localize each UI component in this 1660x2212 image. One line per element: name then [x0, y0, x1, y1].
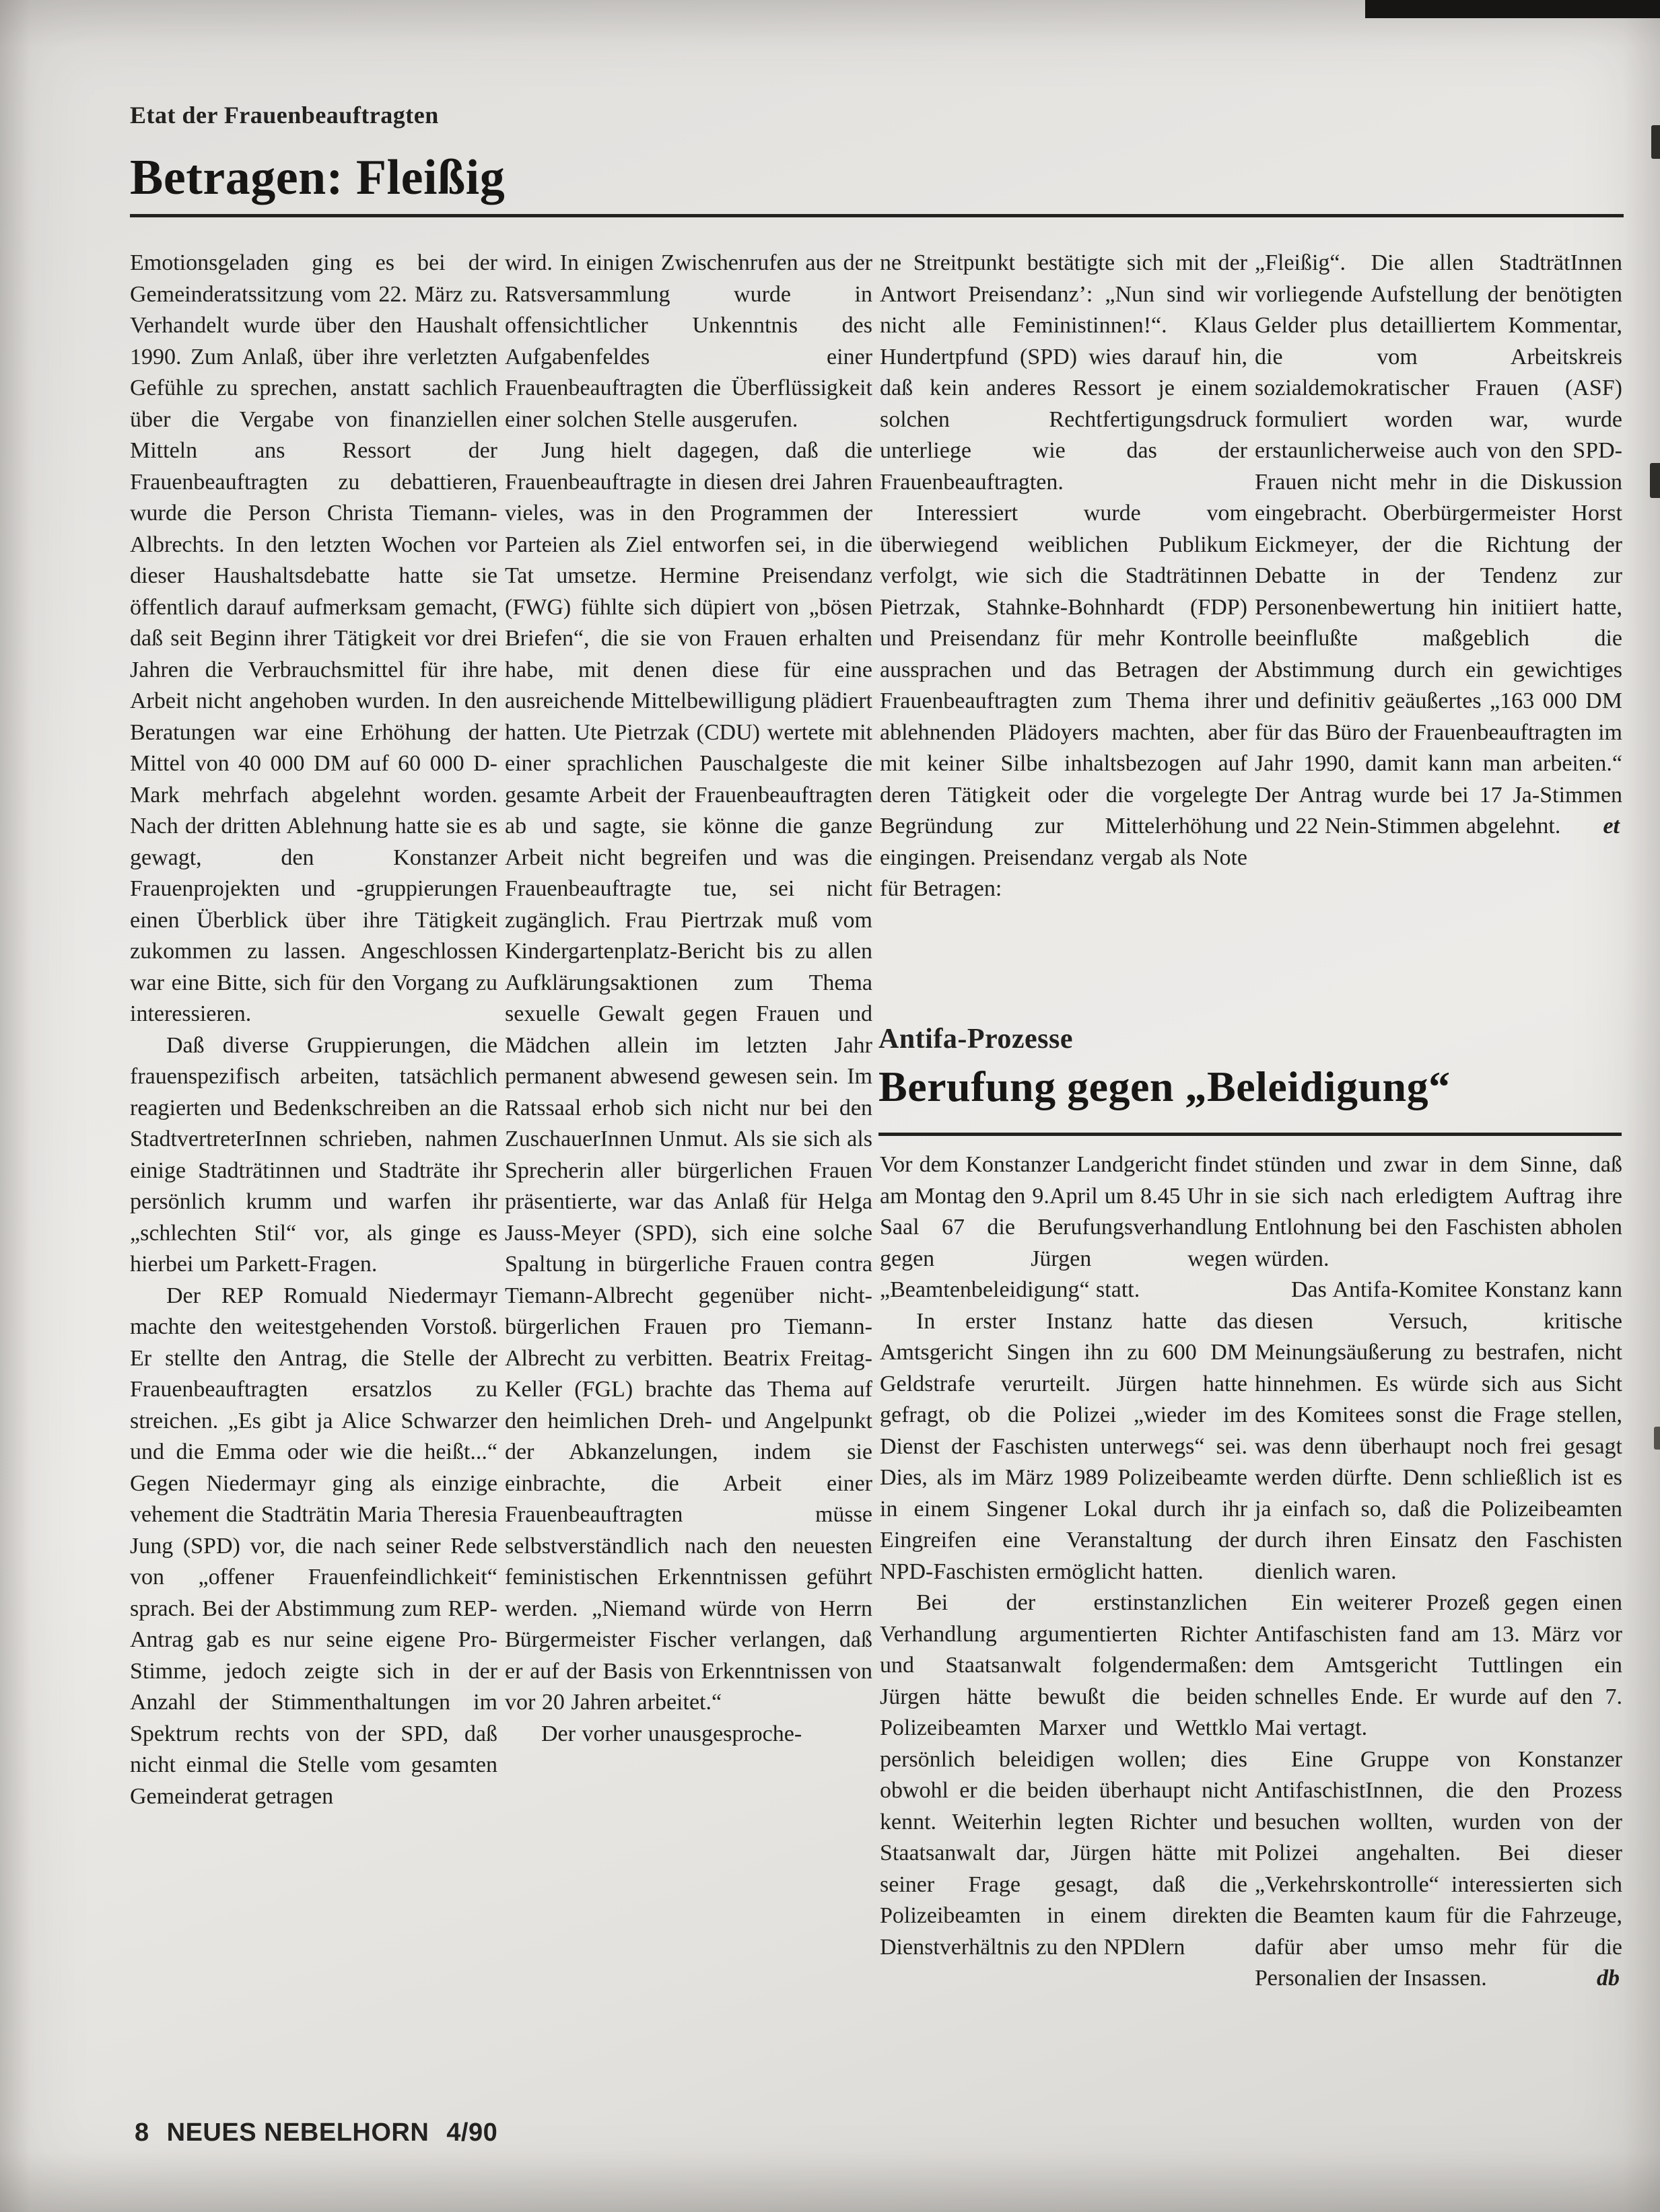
article2-headline: Berufung gegen „Beleidigung“: [878, 1062, 1451, 1112]
paragraph: Eine Gruppe von Konstanzer AntifaschistI…: [1255, 1744, 1622, 1995]
article1-column-2: wird. In einigen Zwischenrufen aus der R…: [505, 248, 872, 1750]
paragraph: „Fleißig“. Die allen StadträtInnen vorli…: [1255, 248, 1622, 843]
footer: 8 NEUES NEBELHORN 4/90: [135, 2118, 497, 2147]
paragraph: ne Streitpunkt bestätigte sich mit der A…: [880, 248, 1247, 498]
paragraph: Ein weiterer Prozeß gegen einen Antifasc…: [1255, 1587, 1622, 1744]
paragraph: Emotionsgeladen ging es bei der Gemeinde…: [130, 248, 497, 1030]
paragraph: wird. In einigen Zwischenrufen aus der R…: [505, 248, 872, 435]
paragraph: Interessiert wurde vom überwiegend weibl…: [880, 498, 1247, 905]
paragraph: Vor dem Konstanzer Landgericht findet am…: [880, 1149, 1247, 1306]
paragraph: Bei der erstinstanzlichen Verhandlung ar…: [880, 1587, 1247, 1963]
scan-artifact-edge-mark: [1654, 1427, 1660, 1450]
paragraph: Jung hielt dagegen, daß die Frauenbeauft…: [505, 435, 872, 1719]
article2-column-left: Vor dem Konstanzer Landgericht findet am…: [880, 1149, 1247, 1963]
page-number: 8: [135, 2118, 149, 2147]
magazine-title: NEUES NEBELHORN: [167, 2118, 429, 2147]
scan-artifact-edge-mark: [1650, 463, 1660, 498]
article1-column-3: ne Streitpunkt bestätigte sich mit der A…: [880, 248, 1247, 905]
scan-artifact-top-bar: [1365, 0, 1660, 18]
article1-column-4: „Fleißig“. Die allen StadträtInnen vorli…: [1255, 248, 1622, 843]
paragraph: Das Antifa-Komitee Konstanz kann diesen …: [1255, 1275, 1622, 1587]
paragraph: In erster Instanz hatte das Amtsgericht …: [880, 1306, 1247, 1588]
paragraph: stünden und zwar in dem Sinne, daß sie s…: [1255, 1149, 1622, 1275]
paragraph: Der REP Romuald Niedermayr machte den we…: [130, 1281, 497, 1813]
newspaper-page: Etat der Frauenbeauftragten Betragen: Fl…: [0, 0, 1660, 2212]
paragraph: Daß diverse Gruppierungen, die frauenspe…: [130, 1030, 497, 1281]
paragraph: Der vorher unausgesproche-: [505, 1719, 872, 1750]
article2-kicker: Antifa-Prozesse: [878, 1023, 1073, 1055]
article1-kicker: Etat der Frauenbeauftragten: [130, 101, 439, 129]
article1-headline: Betragen: Fleißig: [130, 149, 505, 207]
article1-column-1: Emotionsgeladen ging es bei der Gemeinde…: [130, 248, 497, 1812]
issue-number: 4/90: [446, 2118, 497, 2147]
article1-headline-rule: [130, 214, 1624, 217]
article2-headline-rule: [878, 1133, 1622, 1136]
article2-column-right: stünden und zwar in dem Sinne, daß sie s…: [1255, 1149, 1622, 1995]
scan-artifact-edge-mark: [1651, 125, 1660, 159]
